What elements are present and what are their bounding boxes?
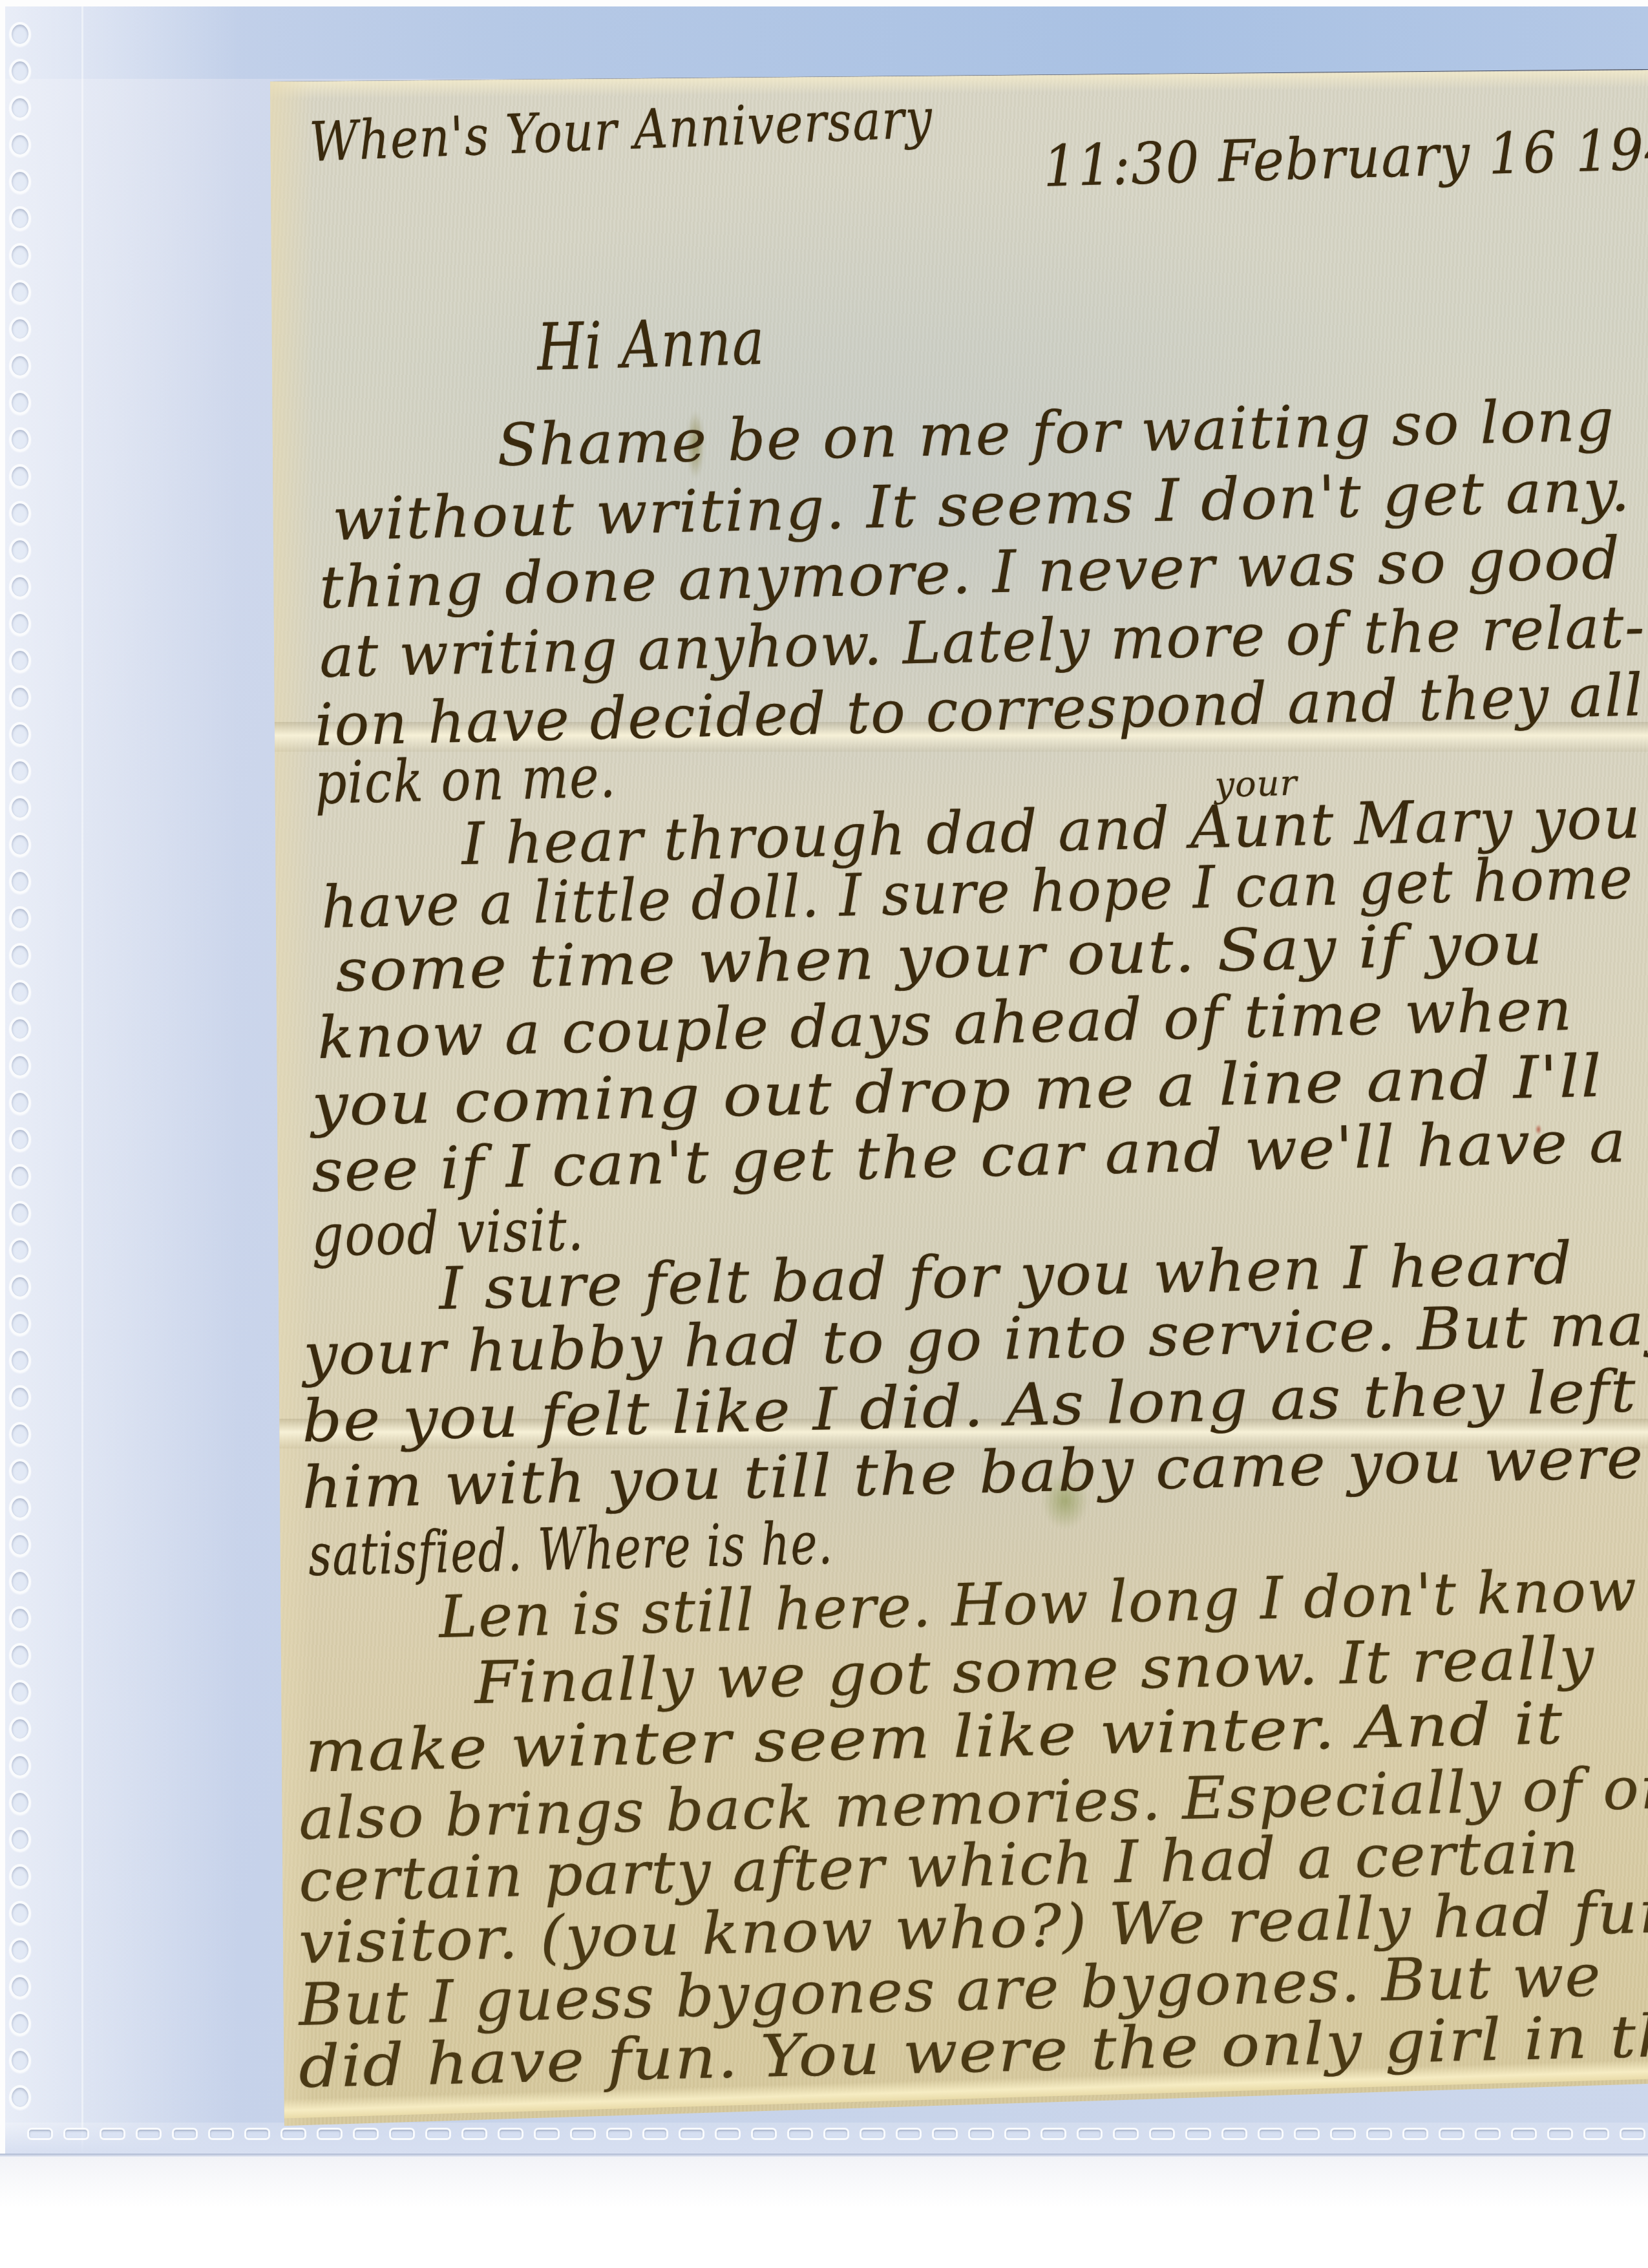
stitch-hole: [280, 2128, 306, 2140]
ring-hole: [9, 1643, 31, 1668]
stitch-hole: [787, 2128, 813, 2140]
ring-hole: [9, 906, 31, 931]
stitch-hole: [679, 2128, 704, 2140]
stitch-hole: [823, 2128, 849, 2140]
ring-hole: [9, 317, 31, 341]
stitch-hole: [1041, 2128, 1066, 2140]
salutation: Hi Anna: [536, 310, 766, 380]
ring-hole: [9, 1901, 31, 1925]
ring-hole: [9, 1790, 31, 1815]
stitch-hole: [244, 2128, 270, 2140]
ring-hole: [9, 648, 31, 673]
ring-hole: [9, 1569, 31, 1594]
ring-hole: [9, 1164, 31, 1189]
ring-hole: [9, 464, 31, 489]
ring-hole: [9, 759, 31, 783]
stitch-hole: [389, 2128, 415, 2140]
ring-hole: [9, 501, 31, 525]
stitch-hole: [1330, 2128, 1356, 2140]
stitch-hole: [136, 2128, 162, 2140]
ring-hole: [9, 1201, 31, 1225]
ring-hole: [9, 1017, 31, 1041]
stitch-hole: [1258, 2128, 1284, 2140]
ring-hole: [9, 22, 31, 47]
ring-hole: [9, 943, 31, 968]
stitch-hole: [498, 2128, 523, 2140]
stitch-hole: [534, 2128, 560, 2140]
ring-hole: [9, 1054, 31, 1078]
stitch-hole: [317, 2128, 343, 2140]
sleeve-vertical-crease: [81, 6, 83, 2154]
ring-hole: [9, 538, 31, 562]
stitch-hole: [208, 2128, 234, 2140]
ring-hole: [9, 280, 31, 304]
ring-hole: [9, 980, 31, 1004]
sleeve-left-strip: [5, 6, 280, 2154]
stitch-hole: [1185, 2128, 1211, 2140]
ring-hole: [9, 575, 31, 599]
stitch-hole: [425, 2128, 451, 2140]
stitch-hole: [751, 2128, 777, 2140]
stitch-hole: [1475, 2128, 1501, 2140]
ring-hole: [9, 354, 31, 378]
stitch-hole: [968, 2128, 994, 2140]
stitch-hole: [1294, 2128, 1320, 2140]
stitch-hole: [1149, 2128, 1175, 2140]
ring-hole: [9, 1311, 31, 1336]
ring-hole: [9, 1422, 31, 1447]
ring-hole: [9, 206, 31, 231]
stitch-hole: [606, 2128, 632, 2140]
ring-hole: [9, 796, 31, 820]
ring-hole: [9, 132, 31, 157]
ring-hole: [9, 1532, 31, 1557]
ring-hole: [9, 1127, 31, 1152]
ring-hole: [9, 832, 31, 857]
ring-hole: [9, 1459, 31, 1483]
ring-hole: [9, 1717, 31, 1741]
ring-hole: [9, 1348, 31, 1373]
stitch-hole: [100, 2128, 125, 2140]
stitch-hole: [172, 2128, 198, 2140]
stitch-hole: [1366, 2128, 1392, 2140]
ring-hole: [9, 59, 31, 83]
ring-hole: [9, 1496, 31, 1520]
ring-hole: [9, 1090, 31, 1115]
stitch-hole: [932, 2128, 958, 2140]
stitch-hole: [1511, 2128, 1537, 2140]
ring-hole: [9, 427, 31, 452]
ring-hole: [9, 611, 31, 636]
stitch-hole: [715, 2128, 741, 2140]
stitch-hole: [63, 2128, 89, 2140]
ring-hole: [9, 1275, 31, 1299]
ring-hole: [9, 2085, 31, 2110]
stitch-hole: [1547, 2128, 1573, 2140]
stitch-hole: [896, 2128, 922, 2140]
ring-hole: [9, 2011, 31, 2036]
ring-hole: [9, 390, 31, 415]
ring-hole: [9, 1938, 31, 1962]
ring-hole: [9, 1385, 31, 1410]
ring-hole: [9, 169, 31, 194]
stitch-hole: [642, 2128, 668, 2140]
ring-hole: [9, 1606, 31, 1631]
stitch-hole: [1113, 2128, 1139, 2140]
ring-hole: [9, 1864, 31, 1889]
date-line: 11:30 February 16 194: [1042, 121, 1648, 195]
ring-hole: [9, 96, 31, 120]
stitch-hole: [1077, 2128, 1103, 2140]
stitch-hole: [27, 2128, 53, 2140]
ring-hole: [9, 1827, 31, 1852]
stitch-hole: [353, 2128, 379, 2140]
ring-hole: [9, 2048, 31, 2073]
ring-hole: [9, 869, 31, 894]
stitch-hole: [1402, 2128, 1428, 2140]
ring-hole: [9, 1238, 31, 1262]
ring-hole: [9, 1754, 31, 1778]
stitch-hole: [1004, 2128, 1030, 2140]
stitch-hole: [461, 2128, 487, 2140]
ring-hole: [9, 685, 31, 710]
stitch-hole: [1439, 2128, 1464, 2140]
scanner-white-margin: [0, 2157, 1648, 2268]
stitch-hole: [860, 2128, 885, 2140]
stitch-hole: [1221, 2128, 1247, 2140]
stitch-hole: [1620, 2128, 1645, 2140]
stitch-hole: [1583, 2128, 1609, 2140]
scanned-letter-page: When's Your Anniversary 11:30 February 1…: [0, 0, 1648, 2268]
ring-hole: [9, 722, 31, 747]
letter-line: pick on me.: [314, 748, 617, 813]
ring-hole: [9, 243, 31, 268]
letter-line: satisfied. Where is he.: [308, 1515, 834, 1585]
ring-hole: [9, 1680, 31, 1704]
annotation-anniversary: When's Your Anniversary: [308, 91, 934, 169]
stitch-hole: [570, 2128, 596, 2140]
ring-hole: [9, 1975, 31, 1999]
